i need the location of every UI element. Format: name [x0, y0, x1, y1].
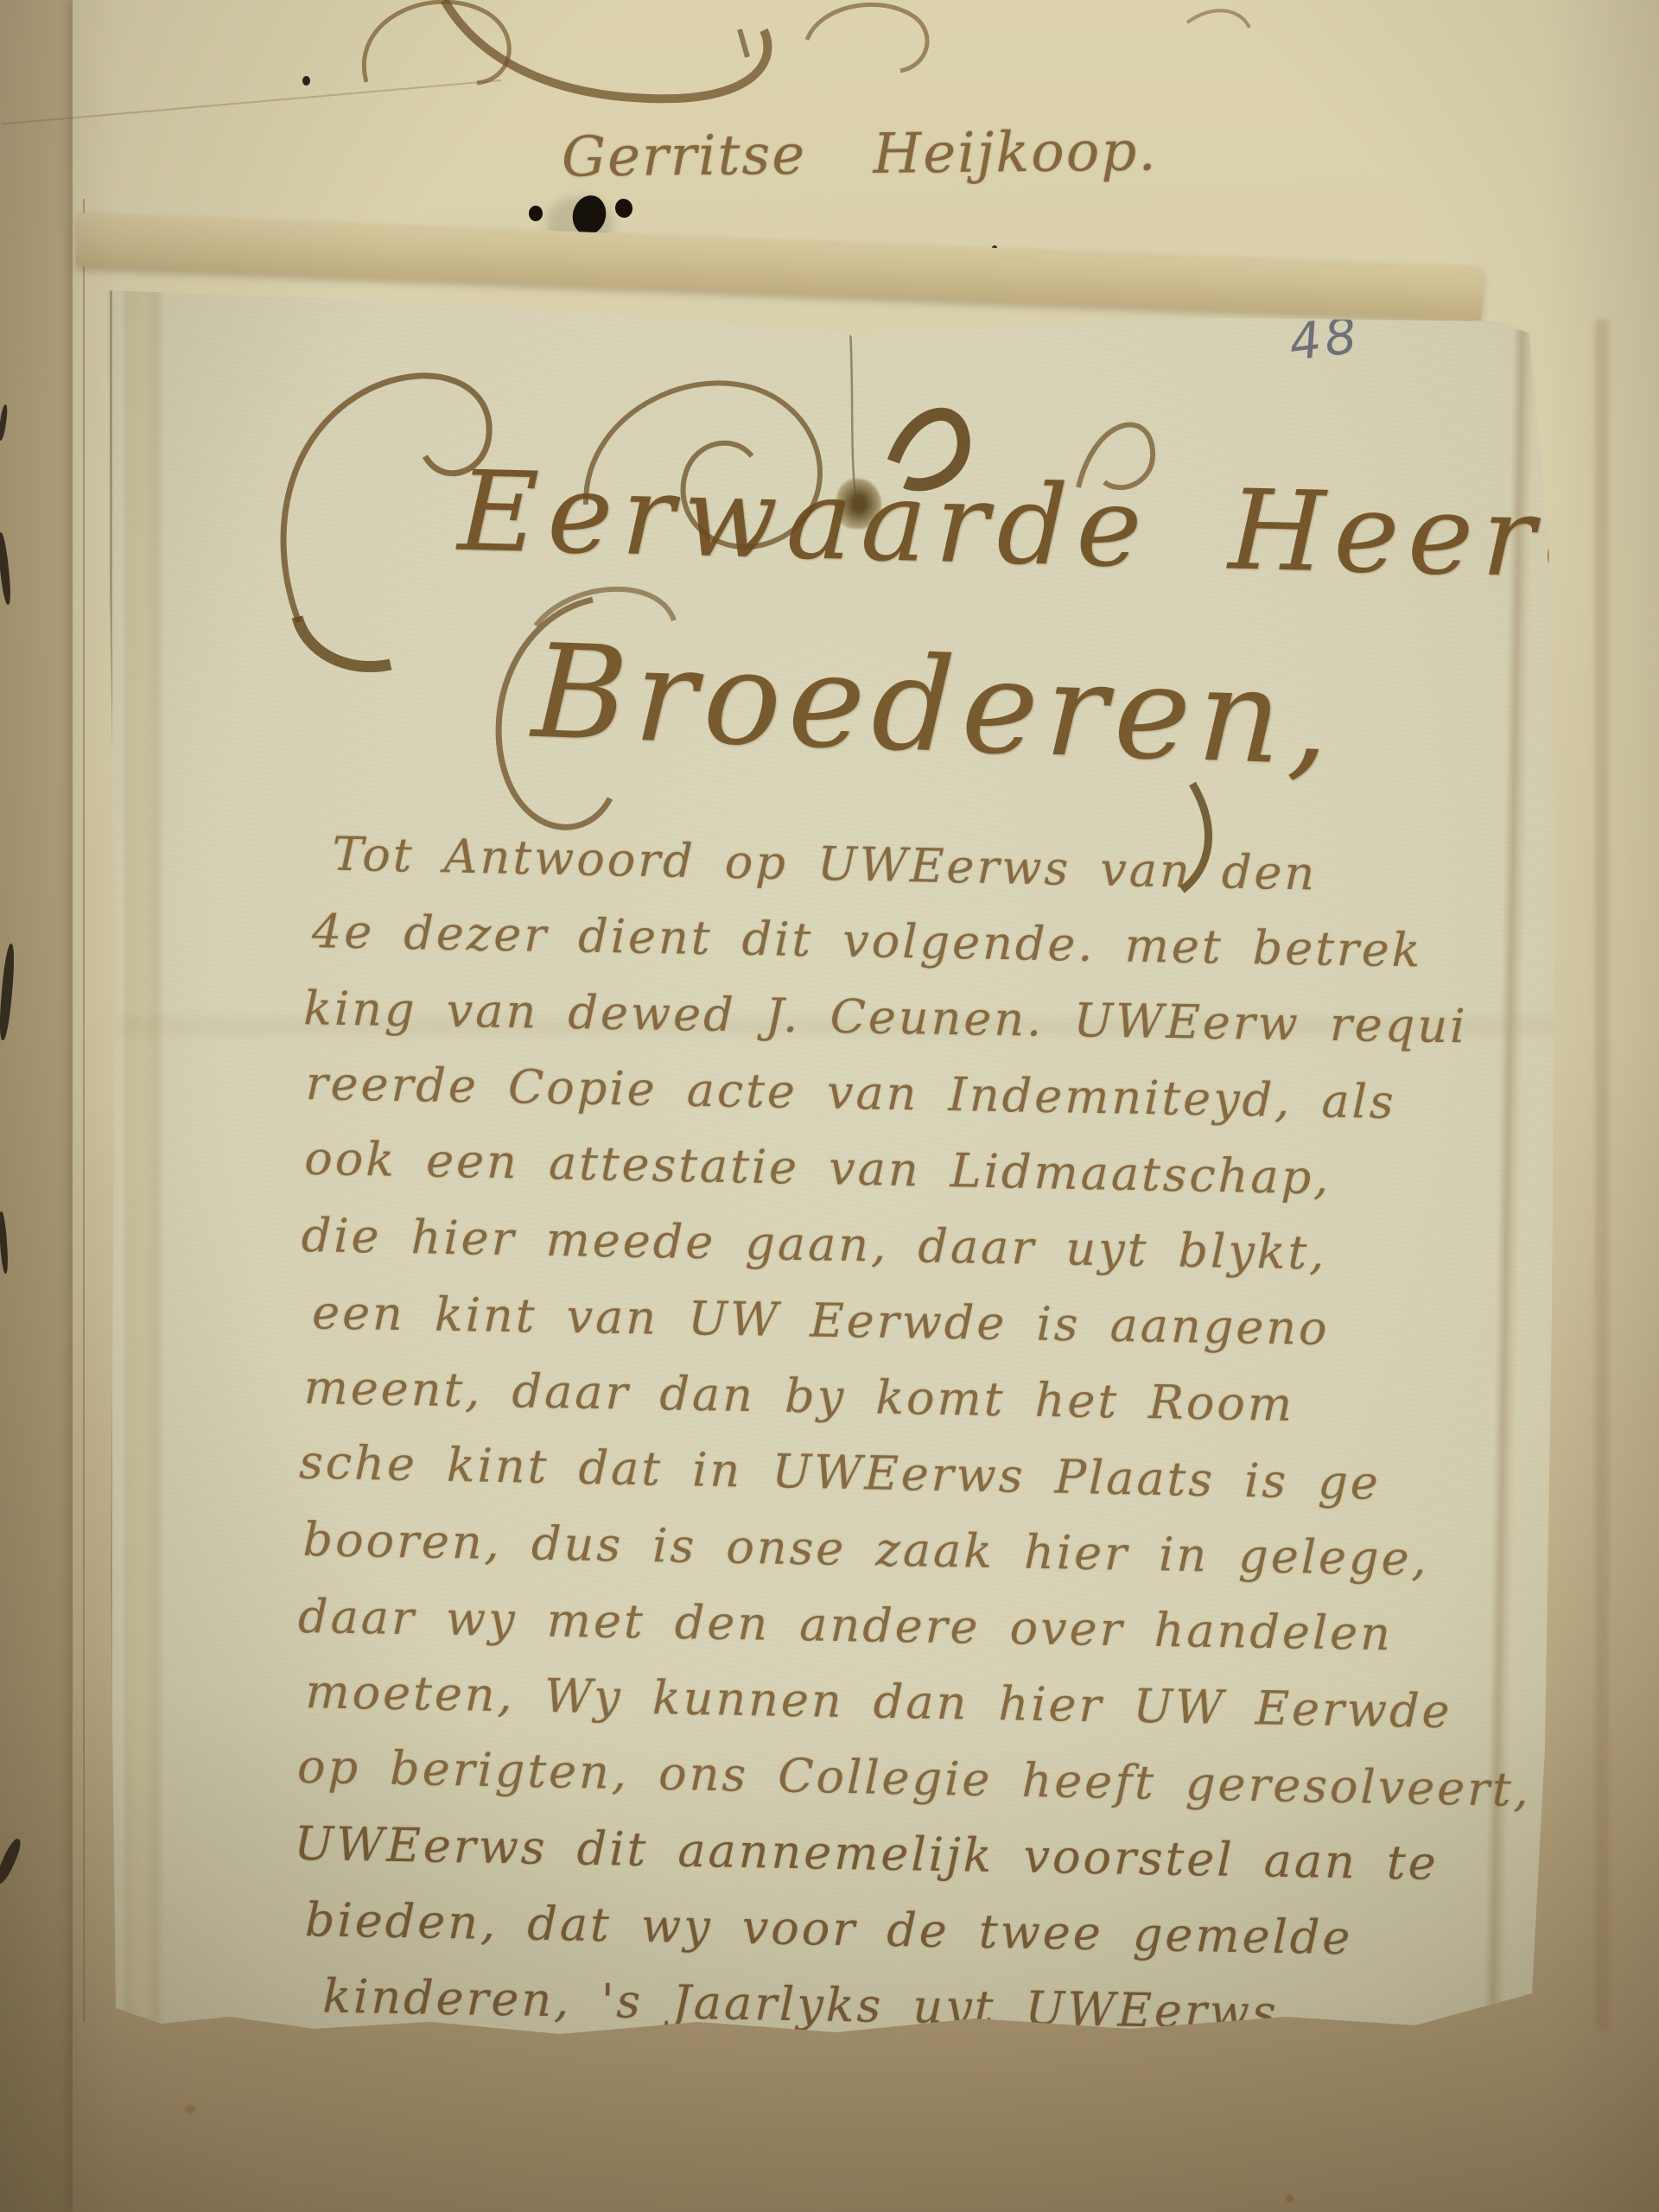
foxing-spot — [1286, 2195, 1294, 2202]
folded-sheet-edge-line — [83, 199, 85, 2022]
under-sheet-crease — [1595, 320, 1609, 2031]
ink-blot-small — [613, 197, 634, 219]
archive-inscription: Gerritse Heijkoop. — [562, 119, 1158, 189]
left-crease-stain — [124, 278, 164, 2034]
photograph-of-letter: Gerritse Heijkoop. 48 — [0, 0, 1659, 2212]
letter-body: Tot Antwoord op UWEerws van den 4e dezer… — [285, 828, 1547, 2066]
letter-heading-line2: Broederen, — [530, 617, 1338, 795]
under-sheet-edge — [2, 79, 501, 125]
foxing-spot — [185, 2105, 195, 2113]
ink-blot-small — [529, 206, 543, 221]
ink-speck — [302, 76, 310, 86]
letter-page: 48 Eerwaarde Heere Broederen, Tot Ant — [102, 278, 1560, 2034]
